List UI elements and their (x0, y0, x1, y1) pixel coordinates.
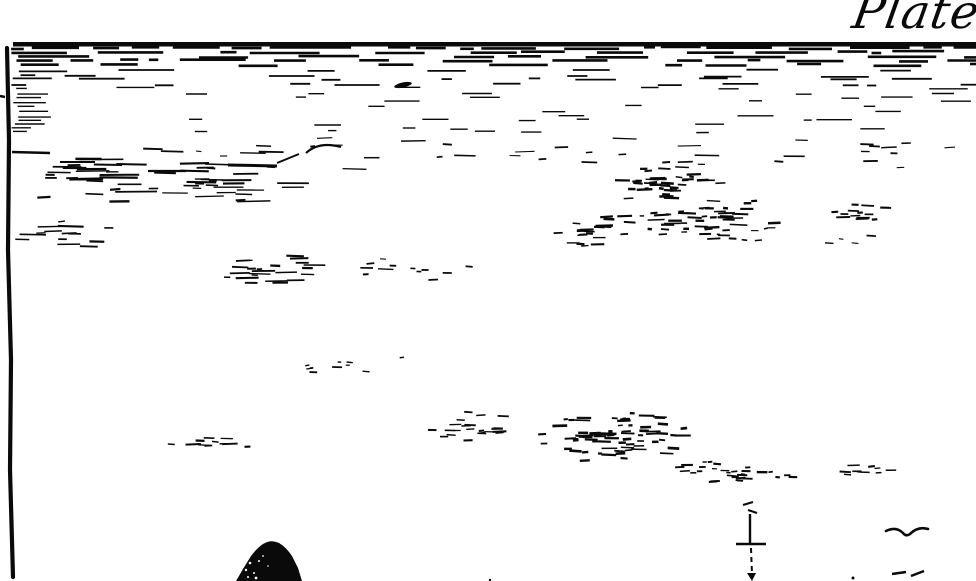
flying-bird-mark (886, 528, 928, 535)
cluster-big-cloud-body (594, 201, 781, 241)
cluster-sparse-365 (305, 357, 404, 372)
cluster-left-edge-lines-2 (15, 221, 113, 247)
mast-with-cross (736, 502, 766, 581)
cluster-dash-row-right (709, 472, 797, 482)
misc-marks (489, 571, 924, 581)
cluster-mid-left-row (168, 438, 251, 447)
cluster-dash-row-right-2 (840, 465, 897, 475)
cluster-right-cloud-row (831, 205, 891, 220)
cloud-stipple-clusters (15, 133, 955, 482)
plate-engraving (0, 0, 976, 581)
cluster-bottom-cloud-left (428, 412, 509, 441)
cluster-bottom-cloud-core (538, 413, 691, 461)
cluster-left-edge-lines (37, 159, 157, 202)
dark-hill-silhouette (236, 541, 302, 581)
plate-left-border (0, 48, 13, 577)
cluster-sky-upper-right (795, 140, 955, 168)
engraved-plate-page: Plate (0, 0, 976, 581)
sky-hatching-band (11, 42, 976, 132)
cluster-cloud-left-upper (149, 163, 309, 202)
cluster-sky-mid-right-sparse (681, 228, 876, 244)
cluster-sparse-row-268 (360, 259, 472, 280)
cluster-cloud-left-lower (224, 256, 325, 283)
cluster-bottom-cloud-fringe (675, 462, 750, 473)
cluster-big-cloud-core (615, 162, 725, 199)
cloud-accent-strokes (12, 81, 412, 171)
cluster-sky-upper-sparse (143, 133, 805, 170)
